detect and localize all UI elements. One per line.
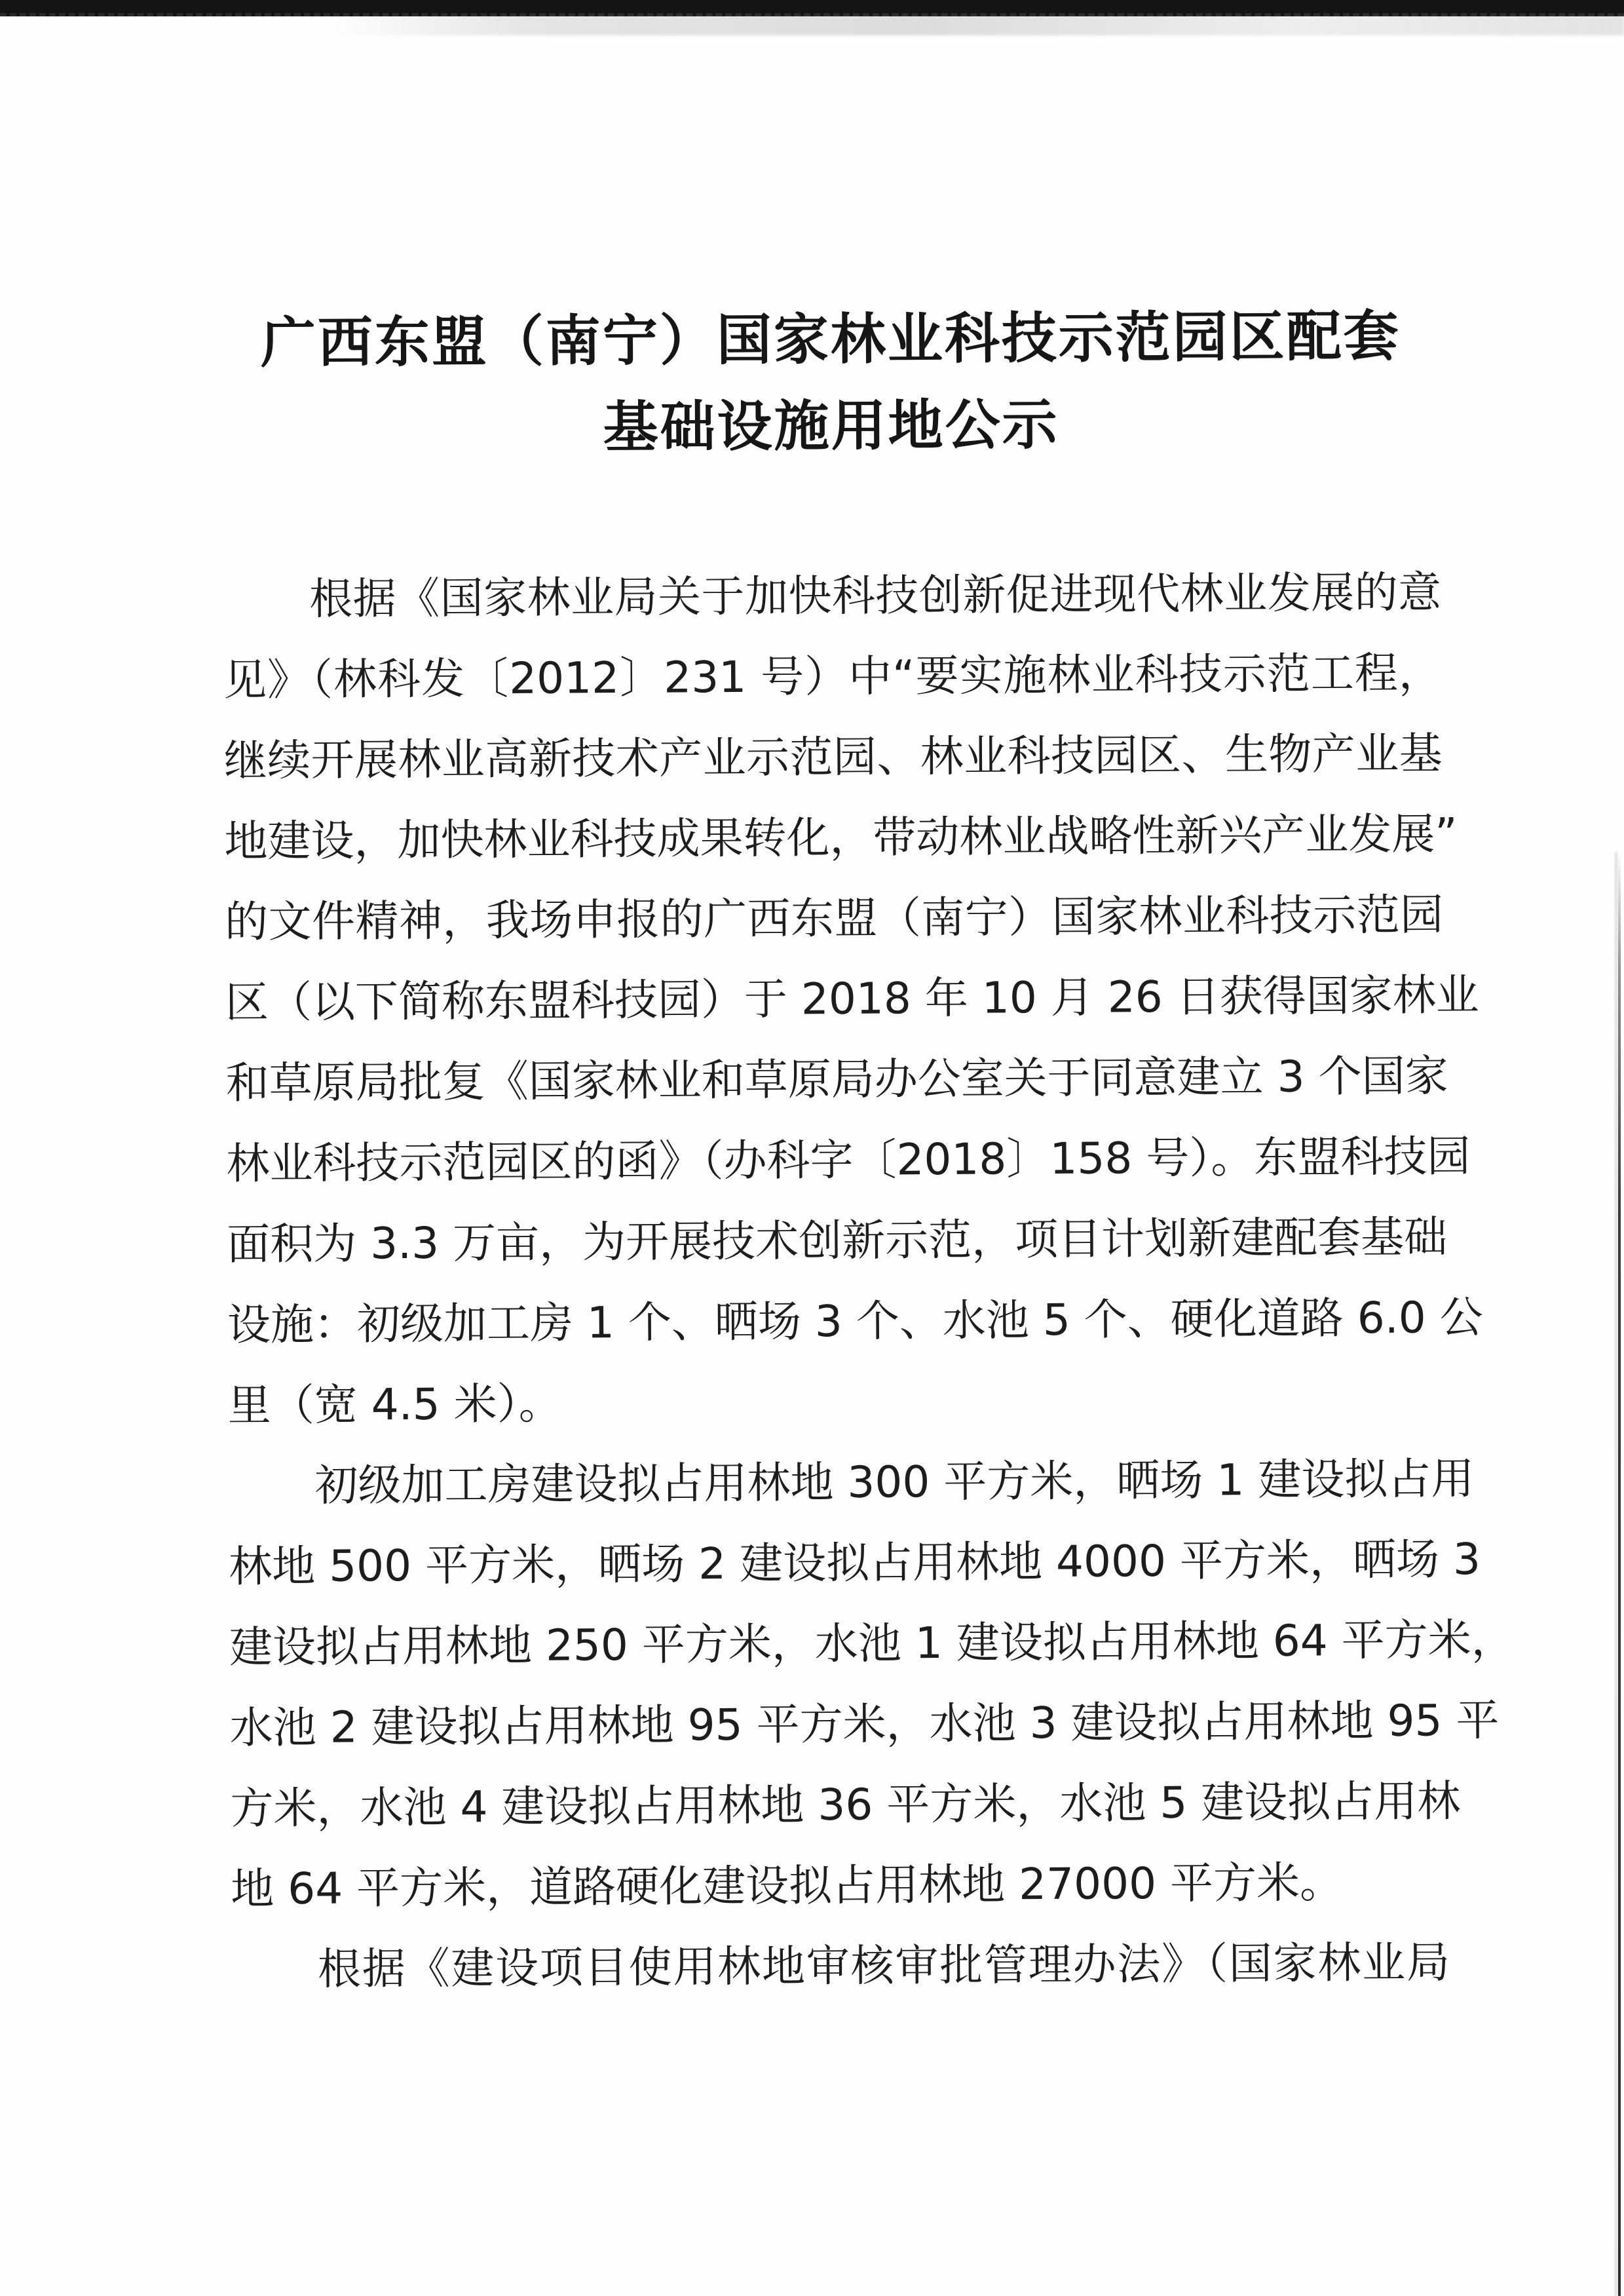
body-line: 的文件精神，我场申报的广西东盟（南宁）国家林业科技示范园 [225, 874, 1444, 962]
body-line: 地建设，加快林业科技成果转化，带动林业战略性新兴产业发展” [224, 794, 1443, 881]
body-line: 林地 500 平方米，晒场 2 建设拟占用林地 4000 平方米，晒场 3 [229, 1519, 1448, 1607]
body-line: 继续开展林业高新技术产业示范园、林业科技园区、生物产业基 [223, 713, 1443, 801]
body-line: 初级加工房建设拟占用林地 300 平方米，晒场 1 建设拟占用 [228, 1438, 1447, 1526]
body-line: 根据《国家林业局关于加快科技创新促进现代林业发展的意 [223, 552, 1442, 640]
title-line: 基础设施用地公示 [221, 379, 1441, 472]
body-line: 建设拟占用林地 250 平方米，水池 1 建设拟占用林地 64 平方米， [229, 1599, 1448, 1687]
body-line: 见》（林科发〔2012〕231 号）中“要实施林业科技示范工程， [223, 632, 1443, 720]
scan-artifact-right-edge-line [1618, 852, 1621, 2296]
body-line: 和草原局批复《国家林业和草原局办公室关于同意建立 3 个国家 [225, 1035, 1445, 1123]
body-line: 地 64 平方米，道路硬化建设拟占用林地 27000 平方米。 [231, 1841, 1450, 1929]
scanned-document-page: 广西东盟（南宁）国家林业科技示范园区配套 基础设施用地公示 根据《国家林业局关于… [0, 0, 1624, 2296]
body-line: 区（以下简称东盟科技园）于 2018 年 10 月 26 日获得国家林业 [225, 955, 1445, 1043]
document-body: 根据《国家林业局关于加快科技创新促进现代林业发展的意见》（林科发〔2012〕23… [223, 552, 1450, 2010]
title-line: 广西东盟（南宁）国家林业科技示范园区配套 [221, 292, 1440, 386]
body-line: 根据《建设项目使用林地审核审批管理办法》（国家林业局 [231, 1922, 1450, 2010]
body-line: 水池 2 建设拟占用林地 95 平方米，水池 3 建设拟占用林地 95 平 [229, 1680, 1448, 1768]
body-line: 方米，水池 4 建设拟占用林地 36 平方米，水池 5 建设拟占用林 [230, 1761, 1449, 1848]
scan-artifact-top-smudge [328, 16, 1624, 35]
body-line: 设施：初级加工房 1 个、晒场 3 个、水池 5 个、硬化道路 6.0 公 [227, 1277, 1446, 1365]
document-title: 广西东盟（南宁）国家林业科技示范园区配套 基础设施用地公示 [221, 292, 1441, 472]
body-line: 里（宽 4.5 米）。 [227, 1358, 1446, 1445]
body-line: 面积为 3.3 万亩，为开展技术创新示范，项目计划新建配套基础 [227, 1196, 1446, 1284]
body-line: 林业科技示范园区的函》（办科字〔2018〕158 号）。东盟科技园 [226, 1116, 1445, 1204]
scan-artifact-top-band [0, 0, 1624, 16]
